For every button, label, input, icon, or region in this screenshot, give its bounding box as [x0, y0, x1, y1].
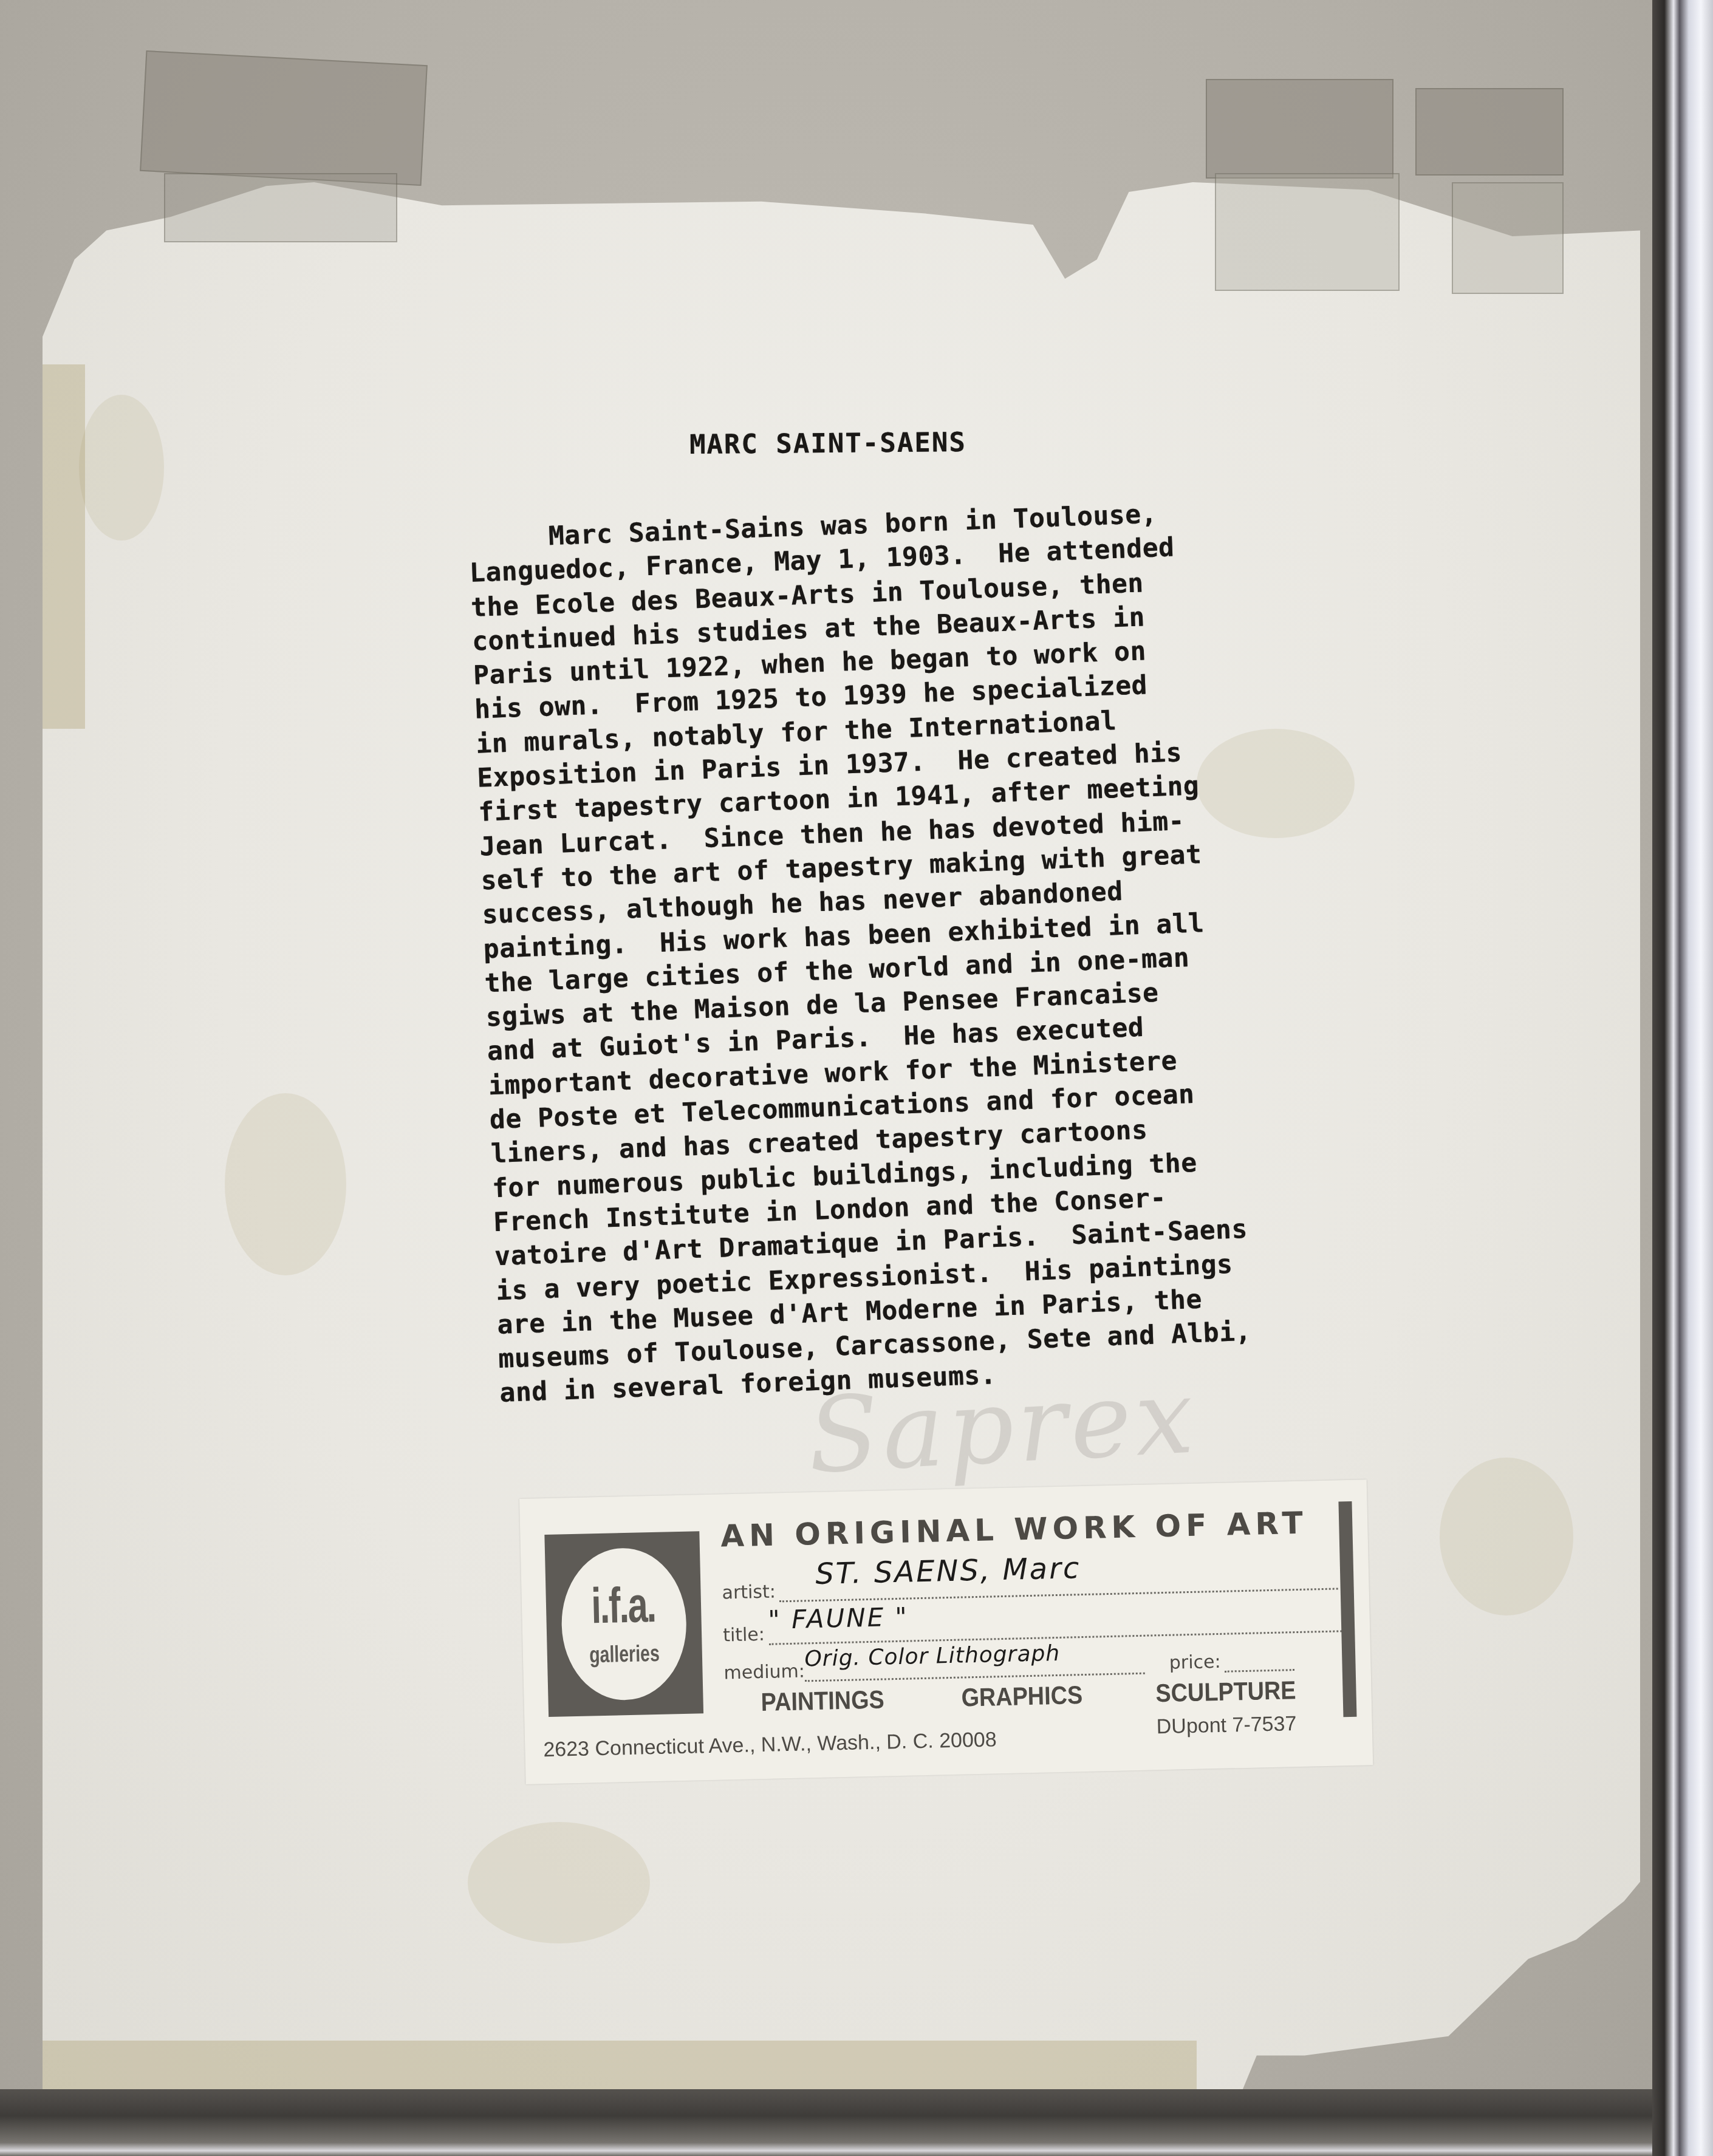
- stain: [468, 1822, 650, 1943]
- tape-strip: [1452, 182, 1564, 294]
- logo-oval: i.f.a. galleries: [560, 1547, 688, 1702]
- artist-line: ST. SAENS, Marc: [779, 1584, 1338, 1602]
- pencil-inscription: Saprex: [805, 1356, 1200, 1496]
- gallery-phone: DUpont 7-7537: [1156, 1712, 1296, 1739]
- category-graphics: GRAPHICS: [961, 1680, 1083, 1713]
- label-bar: [1338, 1501, 1356, 1717]
- document-title: MARC SAINT-SAENS: [689, 427, 966, 460]
- frame-bottom-rail: [0, 2089, 1658, 2156]
- logo-text: i.f.a.: [591, 1580, 656, 1631]
- title-label: title:: [723, 1624, 765, 1646]
- gallery-address: 2623 Connecticut Ave., N.W., Wash., D. C…: [543, 1728, 997, 1762]
- label-heading: AN ORIGINAL WORK OF ART: [720, 1506, 1308, 1554]
- title-value: " FAUNE ": [768, 1602, 909, 1635]
- tape-strip: [1206, 79, 1393, 179]
- tape-strip: [164, 173, 397, 242]
- biography-text: Marc Saint-Sains was born in Toulouse,La…: [468, 488, 1448, 1411]
- stain: [225, 1093, 346, 1275]
- logo-subtext: galleries: [589, 1640, 660, 1668]
- medium-value: Orig. Color Lithograph: [804, 1641, 1061, 1672]
- title-field: title: " FAUNE ": [722, 1602, 1345, 1646]
- category-sculpture: SCULPTURE: [1155, 1676, 1296, 1708]
- water-stain: [43, 364, 85, 729]
- stain: [79, 395, 164, 541]
- price-line: [1225, 1665, 1294, 1673]
- tape-strip: [1415, 88, 1564, 176]
- artist-label: artist:: [722, 1581, 776, 1603]
- price-label: price:: [1169, 1651, 1221, 1674]
- tape-strip: [1215, 173, 1400, 291]
- artist-value: ST. SAENS, Marc: [815, 1551, 1081, 1591]
- category-paintings: PAINTINGS: [761, 1685, 884, 1717]
- stain: [1440, 1458, 1573, 1615]
- tape-strip: [140, 50, 428, 186]
- medium-line: Orig. Color Lithograph: [805, 1669, 1145, 1682]
- gallery-logo: i.f.a. galleries: [544, 1531, 703, 1717]
- medium-label: medium:: [723, 1660, 805, 1684]
- frame-side-rail: [1652, 0, 1713, 2156]
- artist-field: artist: ST. SAENS, Marc: [722, 1559, 1338, 1603]
- gallery-label: i.f.a. galleries AN ORIGINAL WORK OF ART…: [519, 1479, 1373, 1784]
